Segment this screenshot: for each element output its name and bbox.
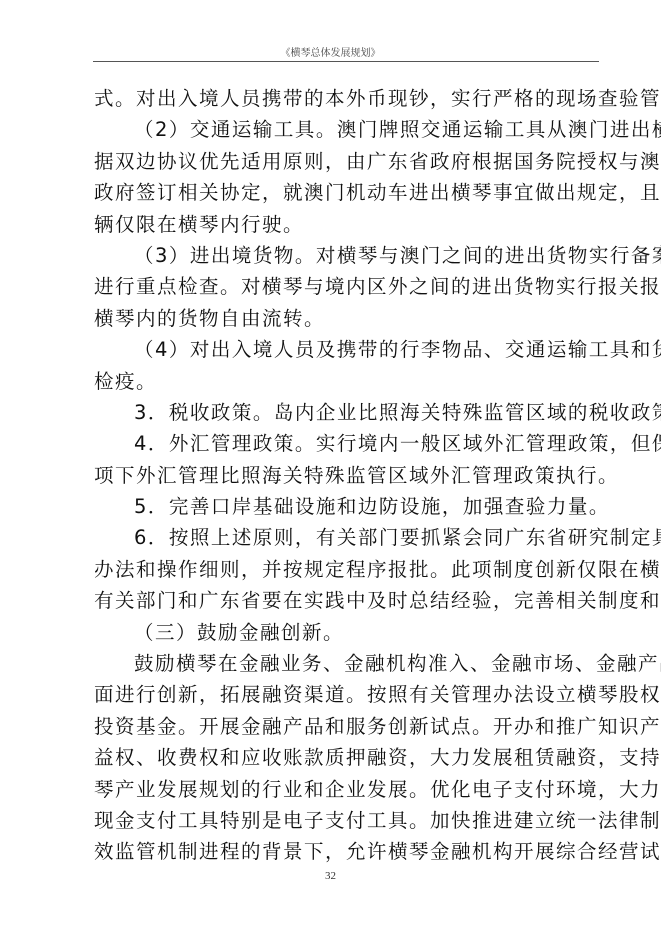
text-line: 效监管机制进程的背景下，允许横琴金融机构开展综合经营试点。研 [94, 836, 600, 867]
section-heading: （三）鼓励金融创新。 [94, 617, 600, 648]
text-line: 6．按照上述原则，有关部门要抓紧会同广东省研究制定具体实施 [94, 522, 600, 553]
text-line: 辆仅限在横琴内行驶。 [94, 209, 600, 240]
text-line: 有关部门和广东省要在实践中及时总结经验，完善相关制度和办法。 [94, 585, 600, 616]
text-line: 益权、收费权和应收账款质押融资，大力发展租赁融资，支持符合横 [94, 742, 600, 773]
text-line: 现金支付工具特别是电子支付工具。加快推进建立统一法律制度和有 [94, 805, 600, 836]
text-line: 横琴内的货物自由流转。 [94, 303, 600, 334]
text-line: 式。对出入境人员携带的本外币现钞，实行严格的现场查验管理。 [94, 83, 600, 114]
text-line: （4）对出入境人员及携带的行李物品、交通运输工具和货物实施 [94, 334, 600, 365]
text-line: （3）进出境货物。对横琴与澳门之间的进出货物实行备案制，并 [94, 240, 600, 271]
page-number: 32 [0, 870, 661, 882]
text-line: 鼓励横琴在金融业务、金融机构准入、金融市场、金融产品等方 [94, 648, 600, 679]
text-line: 琴产业发展规划的行业和企业发展。优化电子支付环境，大力推广非 [94, 774, 600, 805]
text-line: 政府签订相关协定，就澳门机动车进出横琴事宜做出规定，且相关车 [94, 177, 600, 208]
text-line: 5．完善口岸基础设施和边防设施，加强查验力量。 [94, 491, 600, 522]
text-line: 据双边协议优先适用原则，由广东省政府根据国务院授权与澳门特区 [94, 146, 600, 177]
text-line: 面进行创新，拓展融资渠道。按照有关管理办法设立横琴股权（产业） [94, 679, 600, 710]
text-line: 进行重点检查。对横琴与境内区外之间的进出货物实行报关报检制。 [94, 271, 600, 302]
running-header-title: 《横琴总体发展规划》 [0, 44, 661, 59]
header-divider [93, 61, 599, 62]
text-line: 检疫。 [94, 366, 600, 397]
text-line: 办法和操作细则，并按规定程序报批。此项制度创新仅限在横琴试行， [94, 554, 600, 585]
text-line: 投资基金。开展金融产品和服务创新试点。开办和推广知识产权、收 [94, 711, 600, 742]
text-line: 4．外汇管理政策。实行境内一般区域外汇管理政策，但保税货物 [94, 428, 600, 459]
text-line: 3．税收政策。岛内企业比照海关特殊监管区域的税收政策执行。 [94, 397, 600, 428]
document-body: 式。对出入境人员携带的本外币现钞，实行严格的现场查验管理。 （2）交通运输工具。… [94, 83, 600, 868]
text-line: 项下外汇管理比照海关特殊监管区域外汇管理政策执行。 [94, 460, 600, 491]
text-line: （2）交通运输工具。澳门牌照交通运输工具从澳门进出横琴可根 [94, 114, 600, 145]
